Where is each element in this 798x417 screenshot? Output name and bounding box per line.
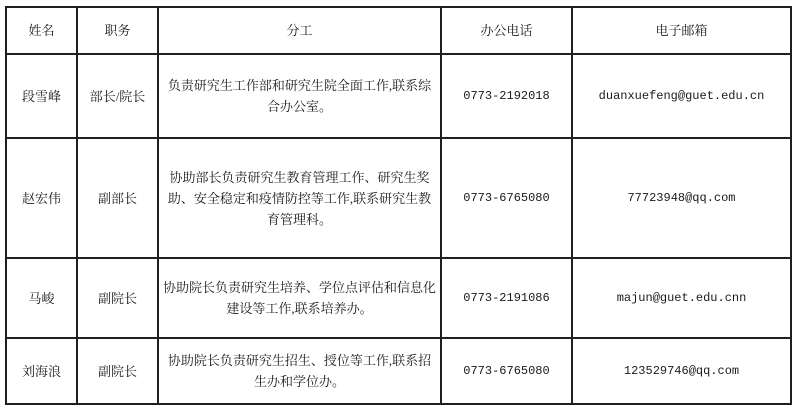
table-row: 段雪峰 部长/院长 负责研究生工作部和研究生院全面工作,联系综合办公室。 077… <box>6 54 791 138</box>
cell-title: 部长/院长 <box>77 54 158 138</box>
cell-email: majun@guet.edu.cnn <box>572 258 791 338</box>
cell-phone: 0773-2191086 <box>441 258 572 338</box>
cell-email: 77723948@qq.com <box>572 138 791 258</box>
contact-table: 姓名 职务 分工 办公电话 电子邮箱 段雪峰 部长/院长 负责研究生工作部和研究… <box>5 6 792 405</box>
cell-title: 副院长 <box>77 258 158 338</box>
cell-duty: 负责研究生工作部和研究生院全面工作,联系综合办公室。 <box>158 54 441 138</box>
cell-title: 副部长 <box>77 138 158 258</box>
table-row: 刘海浪 副院长 协助院长负责研究生招生、授位等工作,联系招生办和学位办。 077… <box>6 338 791 404</box>
header-cell-name: 姓名 <box>6 7 77 54</box>
table-row: 马峻 副院长 协助院长负责研究生培养、学位点评估和信息化建设等工作,联系培养办。… <box>6 258 791 338</box>
table-row: 赵宏伟 副部长 协助部长负责研究生教育管理工作、研究生奖助、安全稳定和疫情防控等… <box>6 138 791 258</box>
header-cell-email: 电子邮箱 <box>572 7 791 54</box>
cell-phone: 0773-2192018 <box>441 54 572 138</box>
cell-phone: 0773-6765080 <box>441 138 572 258</box>
table-header-row: 姓名 职务 分工 办公电话 电子邮箱 <box>6 7 791 54</box>
header-cell-title: 职务 <box>77 7 158 54</box>
cell-duty: 协助院长负责研究生培养、学位点评估和信息化建设等工作,联系培养办。 <box>158 258 441 338</box>
cell-name: 刘海浪 <box>6 338 77 404</box>
cell-email: duanxuefeng@guet.edu.cn <box>572 54 791 138</box>
cell-email: 123529746@qq.com <box>572 338 791 404</box>
cell-name: 马峻 <box>6 258 77 338</box>
cell-name: 段雪峰 <box>6 54 77 138</box>
cell-phone: 0773-6765080 <box>441 338 572 404</box>
cell-title: 副院长 <box>77 338 158 404</box>
header-cell-phone: 办公电话 <box>441 7 572 54</box>
cell-duty: 协助院长负责研究生招生、授位等工作,联系招生办和学位办。 <box>158 338 441 404</box>
cell-name: 赵宏伟 <box>6 138 77 258</box>
cell-duty: 协助部长负责研究生教育管理工作、研究生奖助、安全稳定和疫情防控等工作,联系研究生… <box>158 138 441 258</box>
header-cell-duty: 分工 <box>158 7 441 54</box>
